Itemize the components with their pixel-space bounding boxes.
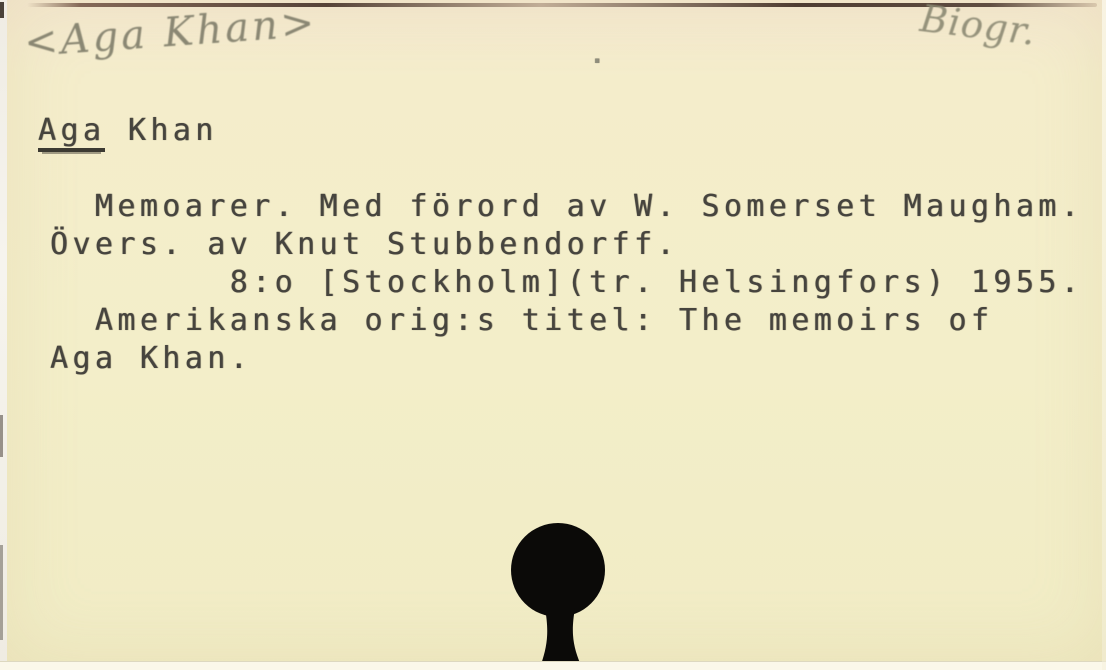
stray-period-mark: . xyxy=(588,36,606,71)
card-heading: Aga Khan xyxy=(38,112,218,150)
card-body: Memoarer. Med förord av W. Somerset Maug… xyxy=(50,188,1083,378)
body-line: Amerikanska orig:s titel: The memoirs of xyxy=(50,302,1083,340)
heading-rest-text: Khan xyxy=(105,113,217,148)
body-line: 8:o [Stockholm](tr. Helsingfors) 1955. xyxy=(50,264,1083,302)
heading-underlined-text: Aga xyxy=(38,113,105,152)
body-line: Övers. av Knut Stubbendorff. xyxy=(50,226,1083,264)
body-line: Aga Khan. xyxy=(50,340,1083,378)
catalog-card-scan: { "card": { "handwritten_heading": "<Aga… xyxy=(0,0,1106,670)
punch-hole xyxy=(505,520,615,670)
scan-edge-mark xyxy=(0,415,3,457)
scan-edge-mark xyxy=(0,545,3,640)
scan-edge-mark xyxy=(0,2,4,18)
card-bottom-edge xyxy=(0,661,1106,670)
body-line: Memoarer. Med förord av W. Somerset Maug… xyxy=(50,188,1083,226)
scan-right-edge xyxy=(1102,0,1106,670)
